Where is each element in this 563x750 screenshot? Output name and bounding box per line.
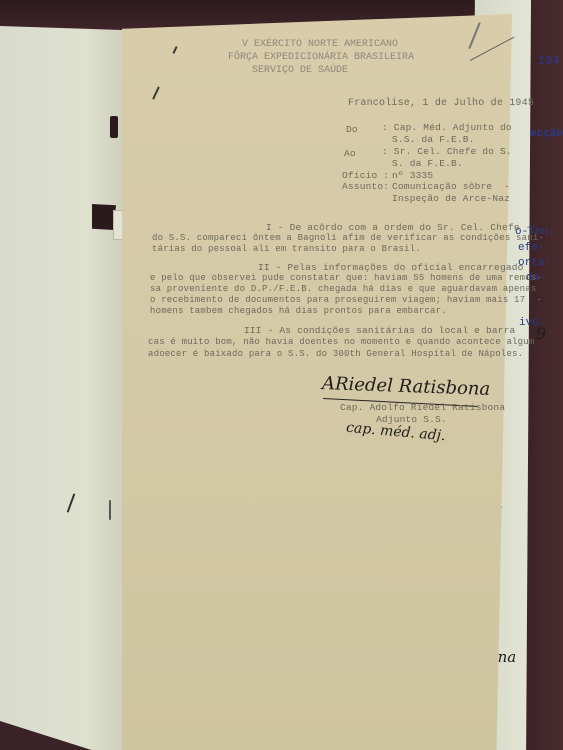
oficio-value: nº 3335 — [392, 170, 433, 181]
back-page-year: 194 — [538, 54, 560, 68]
pencil-mark — [109, 500, 111, 520]
oficio-label: Ofício : — [342, 170, 389, 181]
to-label: Ao — [344, 148, 356, 159]
back-page-handwritten-9: 9 — [536, 324, 546, 343]
back-page-chefe: efe- — [518, 242, 544, 254]
paragraph-1-line-3: tárias do pessoal ali em transito para o… — [152, 244, 421, 254]
left-facing-page — [0, 26, 122, 750]
to-line-1: : Sr. Cel. Chefe do S. — [382, 146, 512, 157]
paragraph-1-line-1: I - De acôrdo com a ordem do Sr. Cel. Ch… — [266, 222, 532, 233]
letterhead-line-1: V EXÉRCITO NORTE AMERICANO — [228, 38, 414, 51]
typed-name: Cap. Adolfo Riedel Ratisbona — [340, 402, 505, 413]
paragraph-2-line-5: homens tambem chegados há dias prontos p… — [150, 306, 447, 316]
assunto-line-1: Comunicação sôbre - — [392, 181, 510, 192]
paragraph-3-line-3: adoecer é baixado para o S.S. do 300th G… — [148, 349, 523, 359]
paragraph-2-line-4: o recebimento de documentos para prosegu… — [150, 295, 542, 305]
to-line-2: S. da F.E.B. — [392, 158, 463, 169]
place-date: Francolise, 1 de Julho de 1945 — [348, 98, 534, 109]
assunto-line-2: Inspeção de Arce-Naz — [392, 193, 510, 204]
paragraph-2-line-3: sa proveniente do D.P./F.E.B. chegada há… — [150, 284, 536, 294]
paragraph-3-line-2: cas é muito bom, não havia doentes no mo… — [148, 337, 534, 347]
paragraph-1-line-2: do S.S. compareci ôntem a Bagnoli afim d… — [152, 233, 544, 243]
letterhead-line-2: FÔRÇA EXPEDICIONÁRIA BRASILEIRA — [228, 51, 414, 64]
back-page-secao: ecção — [530, 128, 563, 140]
from-label: Do — [346, 124, 358, 135]
from-line-2: S.S. da F.E.B. — [392, 134, 475, 145]
assunto-label: Assunto: — [342, 181, 389, 192]
letterhead: V EXÉRCITO NORTE AMERICANO FÔRÇA EXPEDIC… — [228, 38, 414, 77]
paragraph-2-line-1: II - Pelas informações do oficial encarr… — [258, 262, 524, 273]
paragraph-3-line-1: III - As condições sanitárias do local e… — [244, 325, 515, 336]
punch-hole-top — [110, 116, 118, 138]
paragraph-2-line-2: e pelo que observei pude constatar que: … — [150, 273, 542, 283]
from-line-1: : Cap. Méd. Adjunto do — [382, 122, 512, 133]
letterhead-line-3: SERVIÇO DE SAÚDE — [228, 64, 414, 77]
